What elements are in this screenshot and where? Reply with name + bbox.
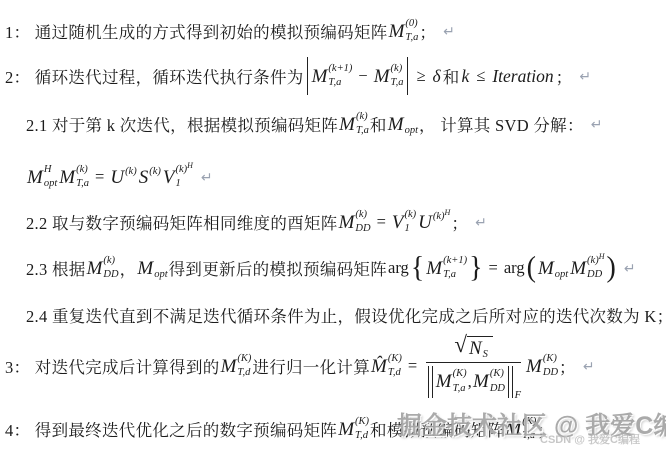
text-run: 2.1 对于第 k 次迭代，根据模拟预编码矩阵 [26, 112, 338, 136]
text-run: ， 计算其 SVD 分解： [419, 112, 584, 136]
math-superscript: (k)H [433, 211, 450, 222]
math-symbol: M(K)DD [526, 354, 558, 379]
algorithm-document-page: 1： 通过随机生成的方式得到初始的模拟预编码矩阵M(0)T,a；↵2： 循环迭代… [0, 0, 666, 454]
math-subscript: T,a [405, 33, 418, 44]
text-run: 1： 通过随机生成的方式得到初始的模拟预编码矩阵 [5, 19, 388, 43]
math-identifier: k [462, 66, 470, 87]
math-delimiter: ( [527, 253, 536, 282]
math-superscript: (K) [453, 369, 467, 380]
math-superscript: (K) [388, 354, 402, 365]
math-subscript: T,a [391, 78, 404, 89]
math-symbol: M(K)DD [473, 369, 505, 394]
text-run: 进行归一化计算 [252, 354, 370, 378]
fraction-denominator: M(K)T,a,M(K)DDF [426, 363, 521, 398]
math-delimiter: } [469, 253, 482, 282]
math-base: V [163, 168, 175, 187]
norm-bar: F [506, 366, 521, 398]
norm-bar-glyph [428, 366, 433, 398]
text-run: ； [556, 64, 573, 88]
paragraph-return-icon: ↵ [583, 358, 595, 375]
text-run: 2.2 取与数字预编码矩阵相同维度的酉矩阵 [26, 210, 338, 234]
math-superscript: (k) [355, 210, 370, 221]
math-scripts: (0)T,a [405, 19, 418, 44]
math-function: arg [504, 258, 525, 278]
math-base: M [526, 357, 542, 376]
math-operator: ≥ [416, 66, 425, 86]
text-run: 和 [370, 112, 387, 136]
math-symbol: V(k)H1 [163, 165, 193, 190]
math-subscript: T,a [453, 384, 467, 395]
math-base: U [110, 168, 124, 187]
math-superscript: (k+1) [443, 256, 467, 267]
text-run: 2.4 重复迭代直到不满足迭代循环条件为止，假设优化完成之后所对应的迭代次数为 … [26, 303, 666, 327]
math-delimiter: { [411, 253, 424, 282]
math-subscript: opt [555, 269, 568, 280]
math-identifier: δ [433, 66, 441, 87]
math-symbol: Mopt [388, 115, 418, 134]
math-symbol: M(k)T,a [374, 64, 404, 89]
math-symbol: U(k) [110, 168, 136, 187]
math-scripts: (k)DD [355, 210, 370, 235]
text-run: , [468, 372, 472, 392]
watermark-small: CSDN @ 我爱C编程 [540, 431, 640, 447]
math-superscript: (k) [391, 64, 404, 75]
math-subscript: DD [490, 384, 505, 395]
math-superscript: (K) [543, 354, 558, 365]
math-subscript: opt [405, 125, 418, 136]
math-scripts: (k)DD [103, 256, 118, 281]
math-base: M [137, 259, 153, 278]
math-subscript: S [483, 349, 488, 360]
text-run: 得到更新后的模拟预编码矩阵 [169, 256, 387, 280]
math-scripts: (K)T,d [355, 417, 369, 442]
math-base: N [469, 339, 482, 358]
math-symbol: M(k)HDD [570, 256, 604, 281]
text-run: 3： 对迭代完成后计算得到的 [5, 354, 220, 378]
math-scripts: (K)DD [490, 369, 505, 394]
math-scripts: (k)T,a [391, 64, 404, 89]
math-scripts: (k)1 [404, 210, 416, 235]
math-scripts: (K)DD [543, 354, 558, 379]
math-base: M [87, 259, 103, 278]
math-superscript: (0) [405, 19, 418, 30]
math-square-root: √NS [454, 336, 493, 359]
text-run: 和 [443, 64, 460, 88]
norm-bar-glyph [508, 366, 513, 398]
math-base: M [570, 259, 586, 278]
paragraph-return-icon: ↵ [475, 214, 487, 231]
step-2: 2： 循环迭代过程，循环迭代执行条件为M(k+1)T,a−M(k)T,a≥δ和k… [0, 55, 666, 97]
math-superscript: H [44, 165, 57, 176]
math-superscript: (K) [237, 354, 251, 365]
math-symbol: NS [469, 339, 488, 358]
math-base: M [388, 115, 404, 134]
math-superscript-2: H [445, 208, 451, 217]
math-superscript: (K) [490, 369, 505, 380]
math-superscript: (k) [149, 166, 161, 177]
math-base: M [339, 115, 355, 134]
math-base: M [473, 372, 489, 391]
math-superscript: (k) [125, 166, 137, 177]
step-1: 1： 通过随机生成的方式得到初始的模拟预编码矩阵M(0)T,a；↵ [0, 14, 666, 48]
math-subscript: opt [154, 269, 167, 280]
math-subscript: DD [103, 270, 118, 281]
norm-bar [426, 366, 435, 398]
math-base: M [538, 259, 554, 278]
math-scripts: (k)HDD [587, 256, 604, 281]
math-scripts: (K)T,d [388, 354, 402, 379]
paragraph-return-icon: ↵ [443, 23, 455, 40]
math-base: M [27, 168, 43, 187]
formula-svd: MHoptM(k)T,a=U(k)S(k)V(k)H1↵ [0, 159, 666, 195]
paragraph-return-icon: ↵ [624, 260, 636, 277]
math-subscript: T,d [355, 431, 369, 442]
text-run: ， [120, 256, 137, 280]
math-scripts: (K)T,a [453, 369, 467, 394]
math-superscript: (k) [404, 210, 416, 221]
math-scripts: Hopt [44, 165, 57, 190]
math-function: arg [388, 258, 409, 278]
math-subscript: T,d [237, 368, 251, 379]
math-base: U [418, 213, 432, 232]
fraction-numerator: √NS [426, 335, 521, 363]
math-symbol: M(k)T,a [59, 165, 89, 190]
math-base: M [389, 22, 405, 41]
math-scripts: (K)T,d [237, 354, 251, 379]
math-fraction: √NSM(K)T,a,M(K)DDF [426, 335, 521, 398]
math-superscript: (K) [355, 417, 369, 428]
radical-sign: √ [454, 333, 467, 356]
math-base: M [426, 259, 442, 278]
math-symbol: Mopt [137, 259, 167, 278]
norm-subscript: F [515, 390, 521, 401]
abs-bar [307, 57, 308, 95]
text-run: ； [419, 19, 436, 43]
math-symbol: Mopt [538, 259, 568, 278]
step-3: 3： 对迭代完成后计算得到的M(K)T,d进行归一化计算M̂(K)T,d=√NS… [0, 331, 666, 401]
step-2-2: 2.2 取与数字预编码矩阵相同维度的酉矩阵M(k)DD=V(k)1U(k)H；↵ [0, 204, 666, 240]
step-2-1: 2.1 对于第 k 次迭代，根据模拟预编码矩阵M(k)T,a和Mopt， 计算其… [0, 107, 666, 141]
math-symbol: U(k)H [418, 213, 450, 232]
paragraph-return-icon: ↵ [579, 68, 591, 85]
math-subscript: DD [587, 270, 604, 281]
math-superscript-2: H [599, 252, 605, 261]
math-symbol: MHopt [27, 165, 57, 190]
math-base: M [221, 357, 237, 376]
text-run: ； [559, 354, 576, 378]
math-operator: ≤ [476, 66, 485, 86]
math-symbol: M(K)T,d [338, 417, 369, 442]
math-symbol: M(k)T,a [339, 112, 369, 137]
math-operator: = [95, 167, 104, 187]
math-symbol: M(0)T,a [389, 19, 419, 44]
math-scripts: (k)T,a [76, 165, 89, 190]
math-subscript: T,a [356, 126, 369, 137]
math-operator: = [489, 258, 498, 278]
math-symbol: M(k+1)T,a [312, 64, 353, 89]
math-delimiter: ) [606, 253, 615, 282]
math-symbol: M(K)T,d [221, 354, 252, 379]
math-base: V [392, 213, 404, 232]
math-base: M̂ [371, 357, 387, 376]
math-base: M [312, 67, 328, 86]
math-superscript: (k) [356, 112, 369, 123]
math-symbol: S(k) [139, 168, 161, 187]
math-symbol: V(k)1 [392, 210, 416, 235]
math-base: M [339, 213, 355, 232]
math-operator: = [408, 356, 417, 376]
paragraph-return-icon: ↵ [201, 169, 213, 186]
paragraph-return-icon: ↵ [591, 116, 603, 133]
math-subscript: T,a [328, 78, 352, 89]
math-scripts: (k+1)T,a [443, 256, 467, 281]
math-base: M [338, 420, 354, 439]
math-subscript: 1 [404, 224, 416, 235]
math-base: M [374, 67, 390, 86]
text-run: 4： 得到最终迭代优化之后的数字预编码矩阵 [5, 417, 337, 441]
math-symbol: M(k)DD [339, 210, 371, 235]
step-2-4: 2.4 重复迭代直到不满足迭代循环条件为止，假设优化完成之后所对应的迭代次数为 … [0, 302, 666, 328]
math-superscript-2: H [187, 161, 193, 170]
math-superscript: (k)H [587, 256, 604, 267]
radicand: NS [467, 336, 493, 358]
math-symbol: M(K)T,a [436, 369, 467, 394]
math-base: M [59, 168, 75, 187]
math-scripts: (k)H1 [175, 165, 192, 190]
math-subscript: opt [44, 179, 57, 190]
math-subscript: T,a [443, 270, 467, 281]
math-subscript: 1 [175, 179, 192, 190]
algorithm-steps: 1： 通过随机生成的方式得到初始的模拟预编码矩阵M(0)T,a；↵2： 循环迭代… [0, 14, 666, 446]
abs-bar [407, 57, 408, 95]
math-scripts: (k)T,a [356, 112, 369, 137]
math-identifier: Iteration [492, 66, 553, 87]
math-subscript: DD [543, 368, 558, 379]
math-scripts: (k+1)T,a [328, 64, 352, 89]
math-operator: = [377, 212, 386, 232]
math-subscript: T,a [76, 179, 89, 190]
step-2-3: 2.3 根据M(k)DD， Mopt得到更新后的模拟预编码矩阵arg{M(k+1… [0, 248, 666, 288]
math-superscript: (k) [76, 165, 89, 176]
math-base: S [139, 168, 149, 187]
math-symbol: M(k+1)T,a [426, 256, 467, 281]
math-superscript: (k+1) [328, 64, 352, 75]
math-symbol: M(k)DD [87, 256, 119, 281]
text-run: 2.3 根据 [26, 256, 86, 280]
math-symbol: M̂(K)T,d [371, 354, 402, 379]
math-subscript: T,d [388, 368, 402, 379]
text-run: 2： 循环迭代过程，循环迭代执行条件为 [5, 64, 304, 88]
math-operator: − [358, 66, 367, 86]
math-superscript: (k) [103, 256, 118, 267]
math-base: M [436, 372, 452, 391]
math-superscript: (k)H [175, 165, 192, 176]
text-run: ； [451, 210, 468, 234]
math-subscript: DD [355, 224, 370, 235]
